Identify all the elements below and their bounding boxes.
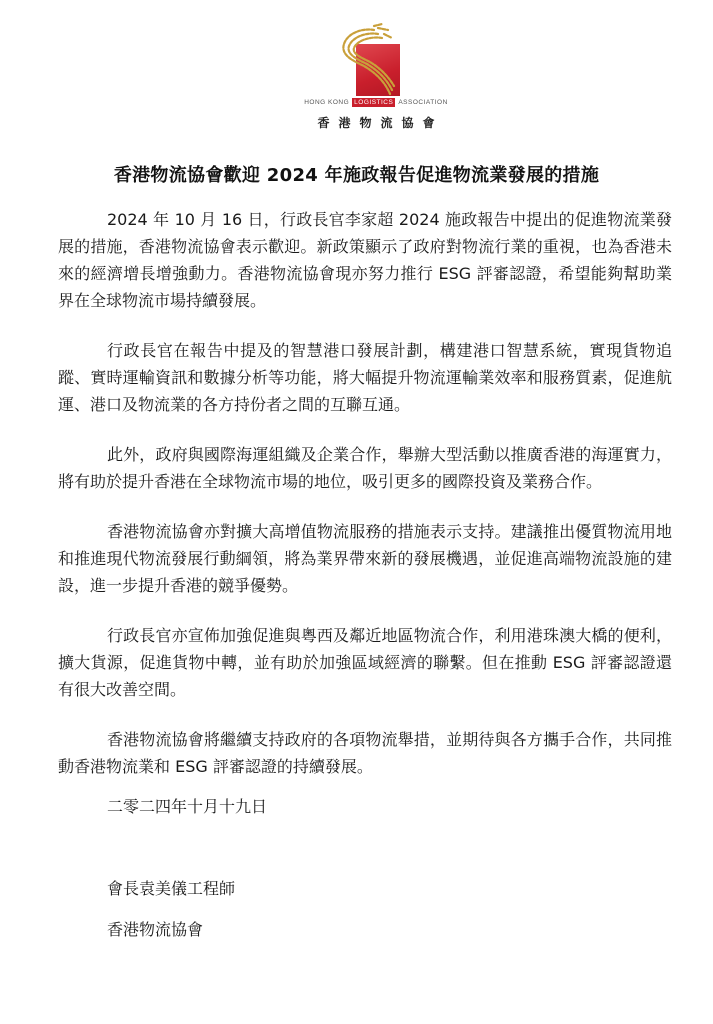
logo-english-name: HONG KONG LOGISTICS ASSOCIATION [296,96,456,108]
paragraph-1: 2024 年 10 月 16 日，行政長官李家超 2024 施政報告中提出的促進… [58,206,672,314]
paragraph-6: 香港物流協會將繼續支持政府的各項物流舉措，並期待與各方攜手合作，共同推動香港物流… [58,726,672,780]
signatory-name: 會長袁美儀工程師 [107,876,235,899]
logo-text-association: ASSOCIATION [398,99,447,106]
paragraph-2: 行政長官在報告中提及的智慧港口發展計劃，構建港口智慧系統，實現貨物追蹤、實時運輸… [58,337,672,418]
document-title: 香港物流協會歡迎 2024 年施政報告促進物流業發展的措施 [0,161,713,187]
document-date: 二零二四年十月十九日 [107,794,267,817]
signatory-organization: 香港物流協會 [107,917,203,940]
dragon-logo-icon [334,22,406,94]
logo-chinese-name: 香港物流協會 [296,114,456,131]
logo-text-logistics: LOGISTICS [352,98,395,107]
paragraph-4: 香港物流協會亦對擴大高增值物流服務的措施表示支持。建議推出優質物流用地和推進現代… [58,518,672,599]
association-logo: HONG KONG LOGISTICS ASSOCIATION 香港物流協會 [296,22,456,137]
paragraph-5: 行政長官亦宣佈加強促進與粵西及鄰近地區物流合作，利用港珠澳大橋的便利，擴大貨源，… [58,622,672,703]
paragraph-3: 此外，政府與國際海運組織及企業合作，舉辦大型活動以推廣香港的海運實力，將有助於提… [58,441,672,495]
document-body: 2024 年 10 月 16 日，行政長官李家超 2024 施政報告中提出的促進… [58,206,672,803]
logo-text-hong-kong: HONG KONG [304,99,349,106]
